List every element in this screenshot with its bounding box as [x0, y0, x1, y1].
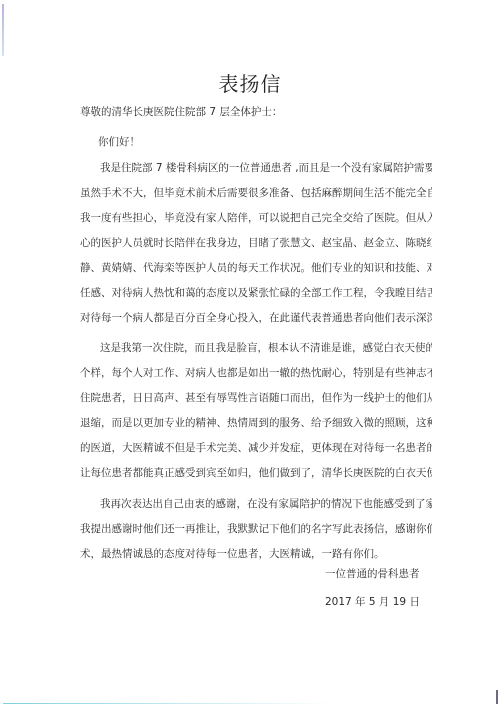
text-line: 虽然手术不大，但毕竟术前术后需要很多准备、包括麻醉期间生活不能完全自理。入院前，: [80, 181, 432, 206]
letter-date: 2017 年 5 月 19 日: [325, 594, 420, 609]
text-line: 退缩，而是以更加专业的精神、热情周到的服务、给予细致入微的照顾，这种精神才是真正: [80, 411, 432, 436]
letter-title: 表扬信: [0, 68, 500, 97]
text-line: 我是住院部 7 楼骨科病区的一位普通患者 ,而且是一个没有家属陪护需要手术的患者…: [80, 156, 432, 181]
text-line: 让每位患者都能真正感受到宾至如归，他们做到了，清华长庚医院的白衣天使们。: [80, 461, 432, 486]
text-line: 的医道，大医精诚不但是手术完美、减少并发症，更体现在对待每一名患者的责任和态度，: [80, 436, 432, 461]
scan-edge-bottom: [3, 703, 333, 704]
paragraph-2: 这是我第一次住院，而且我是脸盲，根本认不清谁是谁，感觉白衣天使的护士都长得一 个…: [80, 336, 432, 486]
greeting: 你们好！: [98, 134, 140, 149]
text-line: 术，最热情诚恳的态度对待每一位患者，大医精诚，一路有你们。: [80, 542, 432, 567]
text-line: 对待每一个病人都是百分百全身心投入，在此谨代表普通患者向他们表示深深的感谢！: [80, 306, 432, 331]
text-line: 静、黄婧婧、代海栾等医护人员的每天工作状况。他们专业的知识和技能、对工作高度的责: [80, 256, 432, 281]
text-line: 任感、对待病人热忱和蔼的态度以及紧张忙碌的全部工作工程，令我瞠目结舌、叹为观止,: [80, 281, 432, 306]
scan-edge-left: [2, 4, 4, 56]
text-line: 我再次表达出自己由衷的感谢，在没有家属陪护的情况下也能感受到了家人的温暖，当: [80, 492, 432, 517]
text-line: 住院患者，日日高声、甚至有辱骂性言语随口而出，但作为一线护士的他们从来都没有推辞: [80, 386, 432, 411]
text-line: 这是我第一次住院，而且我是脸盲，根本认不清谁是谁，感觉白衣天使的护士都长得一: [80, 336, 432, 361]
text-line: 个样，每个人对工作、对病人也都是如出一辙的热忱耐心，特别是有些神志不太清醒的长期: [80, 361, 432, 386]
scan-edge-right: [496, 690, 498, 704]
salutation: 尊敬的清华长庚医院住院部 7 层全体护士：: [80, 104, 282, 119]
paragraph-1: 我是住院部 7 楼骨科病区的一位普通患者 ,而且是一个没有家属陪护需要手术的患者…: [80, 156, 432, 331]
text-line: 我提出感谢时他们还一再推让，我默默记下他们的名字写此表扬信，感谢你们用最精湛的技: [80, 517, 432, 542]
paragraph-3: 我再次表达出自己由衷的感谢，在没有家属陪护的情况下也能感受到了家人的温暖，当 我…: [80, 492, 432, 567]
text-line: 心的医护人员就时长陪伴在我身边，目睹了张慧文、赵宝晶、赵金立、陈晓红、曹奇菲、季: [80, 231, 432, 256]
signature: 一位普通的骨科患者: [325, 566, 420, 581]
text-line: 我一度有些担心，毕竟没有家人陪伴，可以说把自己完全交给了医院。但从入院当天起，悉: [80, 206, 432, 231]
